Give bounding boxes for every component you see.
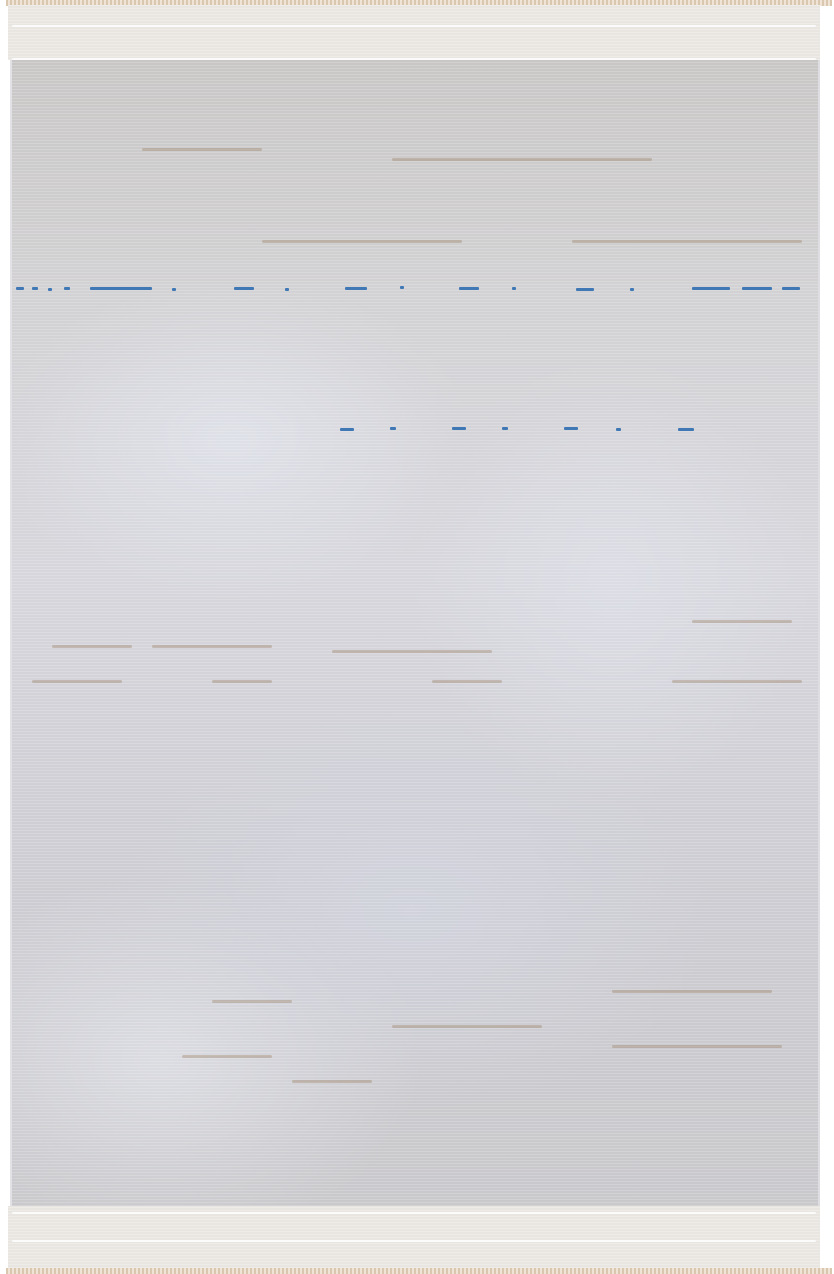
abrash-streak xyxy=(292,1080,372,1083)
bottom-fringe xyxy=(6,1268,832,1274)
kilim-stripe xyxy=(12,1212,816,1214)
abrash-streak xyxy=(572,240,802,243)
abrash-streak xyxy=(432,680,502,683)
abrash-streak xyxy=(182,1055,272,1058)
blue-dash xyxy=(630,288,634,291)
rug-field xyxy=(10,60,820,1206)
kilim-stripe xyxy=(12,25,816,27)
blue-dash xyxy=(782,287,800,290)
blue-dash xyxy=(90,287,152,290)
abrash-streak xyxy=(142,148,262,151)
abrash-streak xyxy=(262,240,462,243)
abrash-streak xyxy=(32,680,122,683)
blue-dash xyxy=(502,427,508,430)
blue-dash xyxy=(345,287,367,290)
blue-dash xyxy=(32,287,38,290)
blue-dash xyxy=(459,287,479,290)
blue-dash xyxy=(742,287,772,290)
abrash-streak xyxy=(612,990,772,993)
abrash-streak xyxy=(672,680,802,683)
blue-dash xyxy=(400,286,404,289)
blue-dash xyxy=(16,287,24,290)
bottom-kilim-band xyxy=(8,1206,820,1268)
blue-dash xyxy=(390,427,396,430)
blue-dash xyxy=(48,288,52,291)
blue-dash xyxy=(64,287,70,290)
blue-dash xyxy=(616,428,621,431)
abrash-streak xyxy=(212,1000,292,1003)
blue-dash xyxy=(340,428,354,431)
blue-dash xyxy=(512,287,516,290)
blue-dash xyxy=(234,287,254,290)
abrash-streak xyxy=(692,620,792,623)
abrash-streak xyxy=(612,1045,782,1048)
abrash-streak xyxy=(52,645,132,648)
abrash-streak xyxy=(332,650,492,653)
blue-dash xyxy=(678,428,694,431)
blue-dash xyxy=(172,288,176,291)
kilim-stripe xyxy=(12,1240,816,1242)
abrash-streak xyxy=(212,680,272,683)
abrash-streak xyxy=(392,158,652,161)
blue-dash xyxy=(692,287,730,290)
blue-dash xyxy=(564,427,578,430)
blue-dash xyxy=(452,427,466,430)
blue-dash xyxy=(576,288,594,291)
abrash-streak xyxy=(392,1025,542,1028)
blue-dash xyxy=(285,288,289,291)
abrash-streak xyxy=(152,645,272,648)
top-kilim-band xyxy=(8,5,820,60)
